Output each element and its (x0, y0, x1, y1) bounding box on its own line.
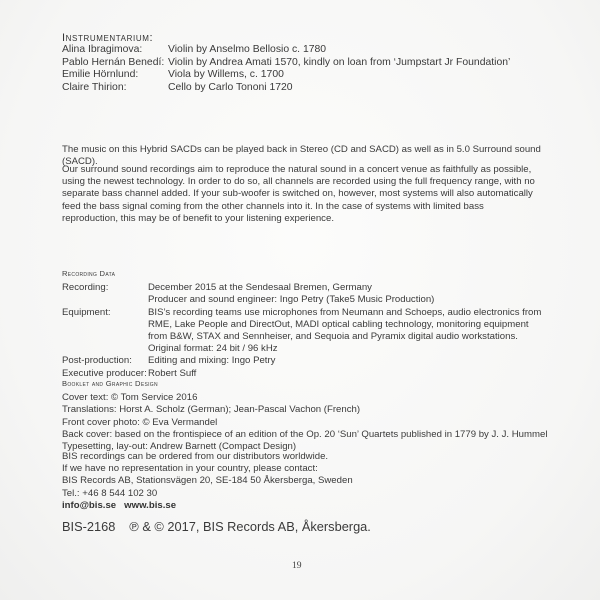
copyright-notice: ℗ & © 2017, BIS Records AB, Åkersberga. (129, 519, 371, 534)
performer-name: Alina Ibragimova: (62, 44, 168, 56)
contact-line: If we have no representation in your cou… (62, 463, 462, 475)
credit-line: Translations: Horst A. Scholz (German); … (62, 404, 562, 416)
website-link[interactable]: www.bis.se (124, 500, 176, 511)
instrument-row: Alina Ibragimova: Violin by Anselmo Bell… (62, 44, 510, 56)
catalog-number: BIS-2168 (62, 519, 115, 534)
instrument-description: Violin by Anselmo Bellosio c. 1780 (168, 44, 326, 56)
page-number: 19 (292, 560, 302, 571)
surround-note: Our surround sound recordings aim to rep… (62, 164, 542, 225)
contact-line: BIS recordings can be ordered from our d… (62, 451, 462, 463)
post-production-value: Editing and mixing: Ingo Petry (148, 355, 548, 367)
credit-line: Back cover: based on the frontispiece of… (62, 429, 562, 441)
copyright-line: BIS-2168℗ & © 2017, BIS Records AB, Åker… (62, 519, 371, 534)
contact-line: Tel.: +46 8 544 102 30 (62, 488, 462, 500)
contact-section: BIS recordings can be ordered from our d… (62, 451, 462, 512)
equipment-row: Equipment: BIS’s recording teams use mic… (62, 307, 552, 356)
recording-value: December 2015 at the Sendesaal Bremen, G… (148, 282, 548, 306)
recording-data-section: Recording Data Recording: December 2015 … (62, 268, 552, 380)
equipment-line: BIS’s recording teams use microphones fr… (148, 307, 548, 344)
booklet-page: Instrumentarium: Alina Ibragimova: Violi… (0, 0, 600, 600)
contact-line: BIS Records AB, Stationsvägen 20, SE-184… (62, 475, 462, 487)
recording-label: Recording: (62, 282, 148, 306)
instrument-description: Cello by Carlo Tononi 1720 (168, 82, 293, 94)
equipment-value: BIS’s recording teams use microphones fr… (148, 307, 548, 356)
instrumentarium-heading: Instrumentarium: (62, 32, 510, 44)
instrument-description: Viola by Willems, c. 1700 (168, 69, 284, 81)
post-production-label: Post-production: (62, 355, 148, 367)
post-production-row: Post-production: Editing and mixing: Ing… (62, 355, 552, 367)
instrument-row: Pablo Hernán Benedí: Violin by Andrea Am… (62, 57, 510, 69)
credit-line: Cover text: © Tom Service 2016 (62, 392, 562, 404)
recording-row: Recording: December 2015 at the Sendesaa… (62, 282, 552, 306)
email-link[interactable]: info@bis.se (62, 500, 116, 511)
instrument-row: Claire Thirion: Cello by Carlo Tononi 17… (62, 82, 510, 94)
instrument-row: Emilie Hörnlund: Viola by Willems, c. 17… (62, 69, 510, 81)
instrumentarium-section: Instrumentarium: Alina Ibragimova: Violi… (62, 32, 510, 94)
recording-line: December 2015 at the Sendesaal Bremen, G… (148, 282, 548, 294)
recording-line: Producer and sound engineer: Ingo Petry … (148, 294, 548, 306)
performer-name: Pablo Hernán Benedí: (62, 57, 168, 69)
booklet-design-heading: Booklet and Graphic Design (62, 378, 562, 390)
equipment-label: Equipment: (62, 307, 148, 356)
recording-data-heading: Recording Data (62, 268, 552, 280)
performer-name: Emilie Hörnlund: (62, 69, 168, 81)
web-contacts: info@bis.se www.bis.se (62, 500, 462, 512)
booklet-design-section: Booklet and Graphic Design Cover text: ©… (62, 378, 562, 453)
performer-name: Claire Thirion: (62, 82, 168, 94)
instrument-description: Violin by Andrea Amati 1570, kindly on l… (168, 57, 510, 69)
equipment-line: Original format: 24 bit / 96 kHz (148, 343, 548, 355)
credit-line: Front cover photo: © Eva Vermandel (62, 417, 562, 429)
